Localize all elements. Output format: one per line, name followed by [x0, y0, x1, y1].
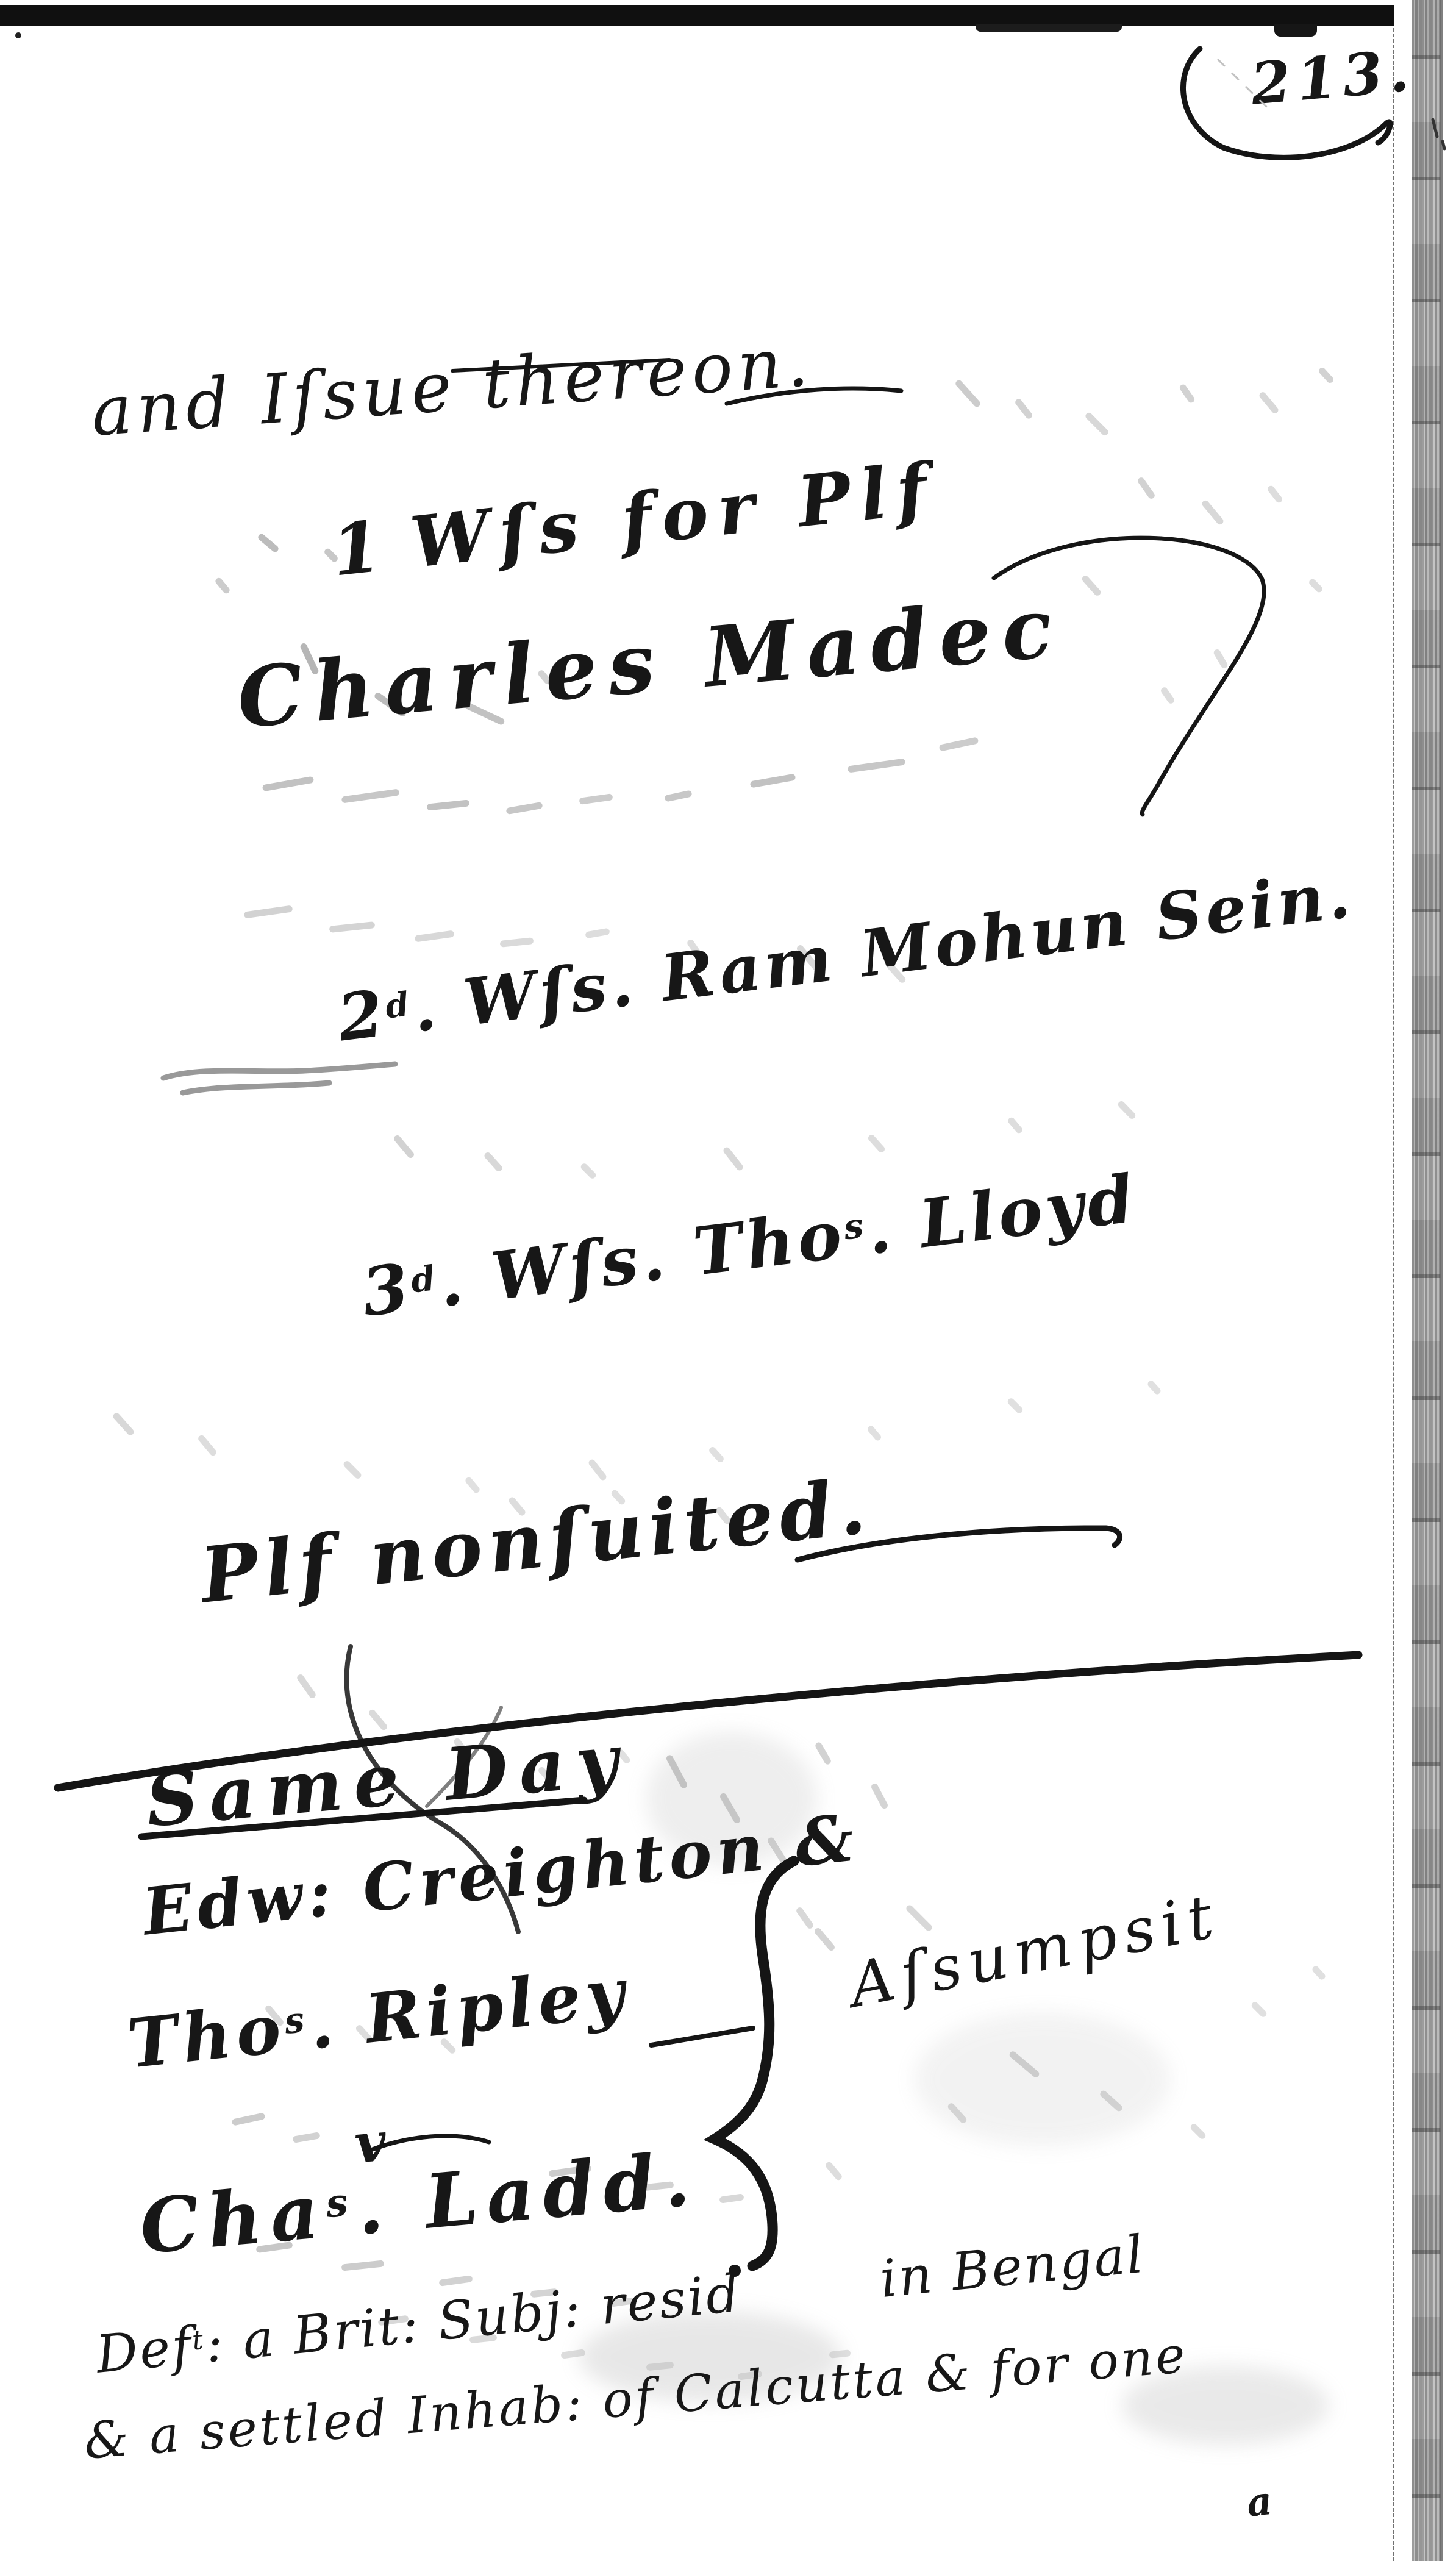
same-day-strikethrough: [141, 1800, 584, 1837]
plf-flourish: [994, 538, 1264, 815]
t-crossbar-stroke: [452, 360, 669, 371]
ripley-dash: [651, 2028, 753, 2045]
brace-ink-dot: [729, 2265, 741, 2277]
stray-descender: [346, 1646, 518, 1932]
section-divider-line: [58, 1655, 1358, 1788]
grouping-brace: [715, 1861, 794, 2266]
issue-line-dash: [727, 388, 901, 404]
page-number-circle: [1183, 49, 1390, 157]
nonsuited-dash: [798, 1528, 1120, 1560]
manuscript-page: 213. and Iſsue thereon. 1Wſs for Plf Cha…: [0, 0, 1456, 2561]
pen-strokes-overlay: [0, 0, 1456, 2561]
versus-flourish: [371, 2136, 489, 2150]
